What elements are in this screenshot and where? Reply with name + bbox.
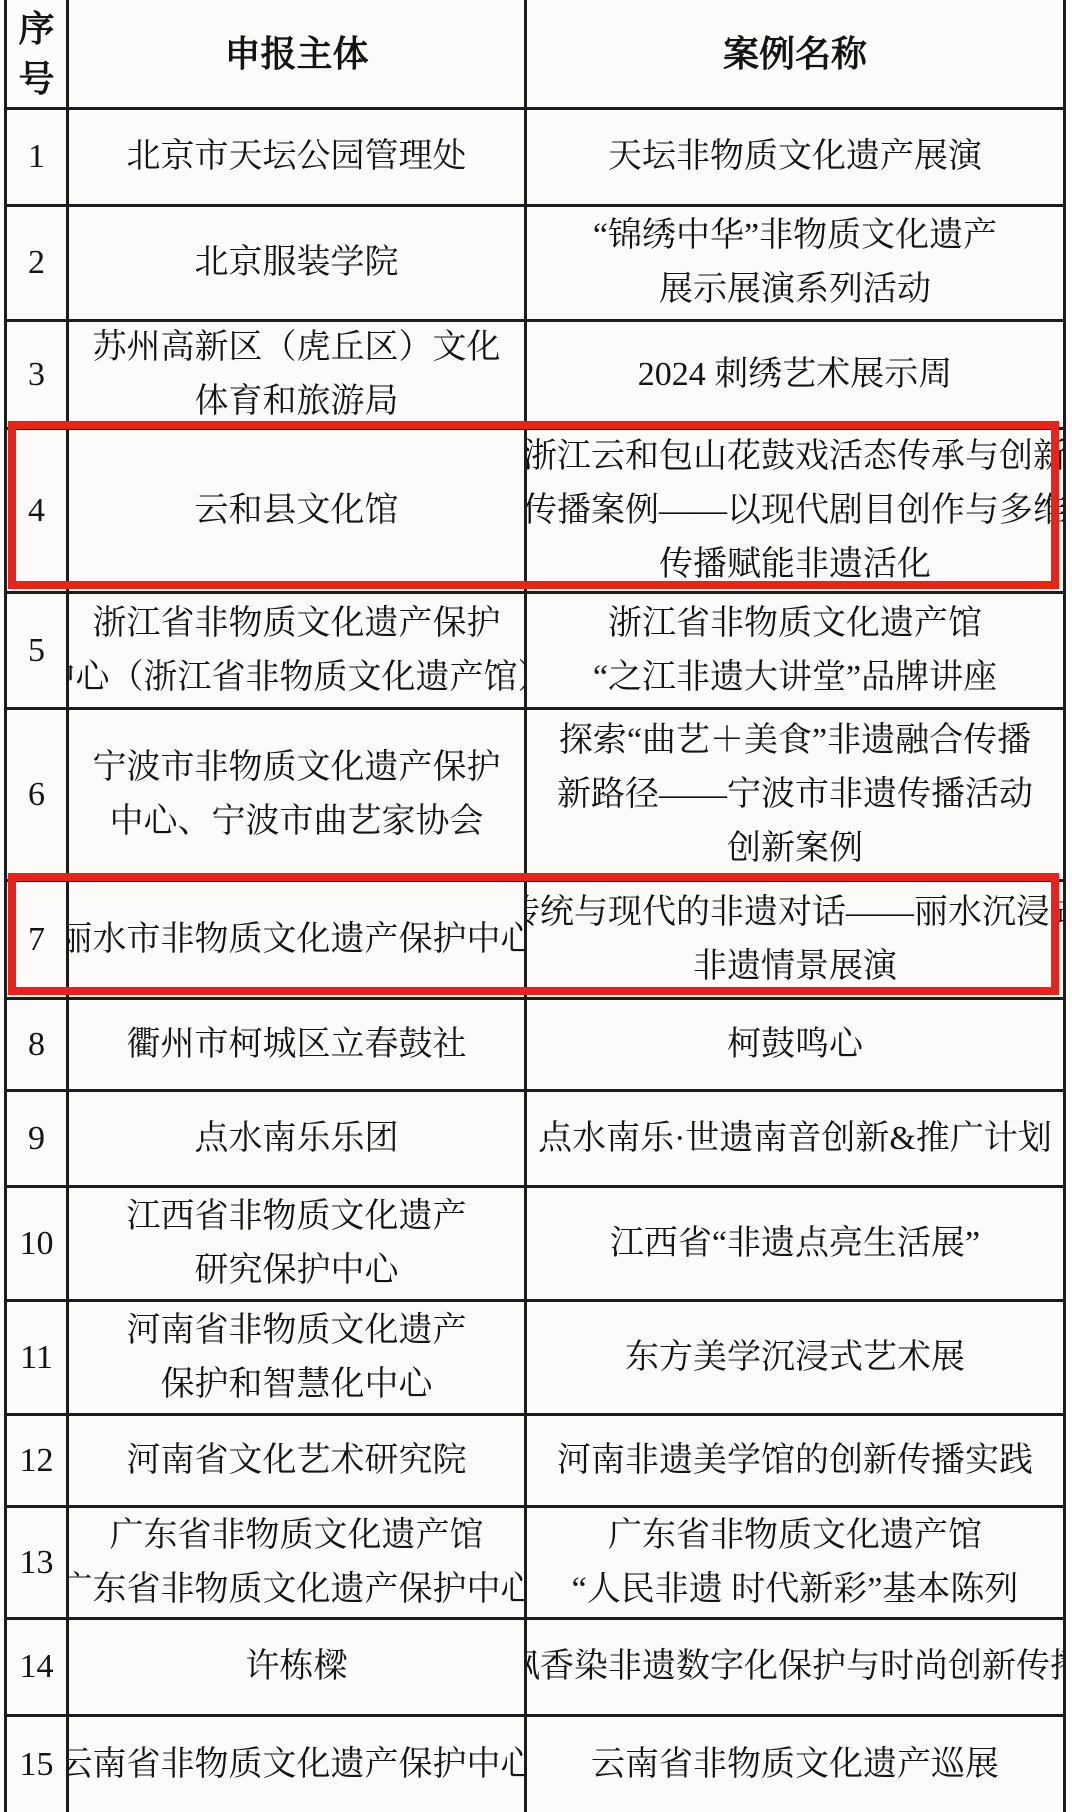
applicant-cell: 北京市天坛公园管理处 bbox=[69, 110, 527, 204]
case-name-cell: 浙江云和包山花鼓戏活态传承与创新传播案例——以现代剧目创作与多维传播赋能非遗活化 bbox=[527, 430, 1063, 591]
table-row: 5 浙江省非物质文化遗产保护中心（浙江省非物质文化遗产馆） 浙江省非物质文化遗产… bbox=[7, 594, 1063, 710]
applicant-cell: 宁波市非物质文化遗产保护中心、宁波市曲艺家协会 bbox=[69, 710, 527, 879]
applicant-line: 云和县文化馆 bbox=[195, 484, 399, 538]
applicant-line: 北京市天坛公园管理处 bbox=[127, 130, 467, 184]
row-serial-number: 15 bbox=[7, 1717, 69, 1812]
case-line: 2024 刺绣艺术展示周 bbox=[638, 348, 953, 402]
case-line: 柯鼓鸣心 bbox=[727, 1018, 863, 1072]
table-row: 11 河南省非物质文化遗产保护和智慧化中心 东方美学沉浸式艺术展 bbox=[7, 1302, 1063, 1416]
applicant-line: 保护和智慧化中心 bbox=[161, 1358, 433, 1412]
table-row: 7 丽水市非物质文化遗产保护中心 传统与现代的非遗对话——丽水沉浸式非遗情景展演 bbox=[7, 882, 1063, 1000]
table-header-row: 序号 申报主体 案例名称 bbox=[7, 0, 1063, 110]
applicant-line: 衢州市柯城区立春鼓社 bbox=[127, 1018, 467, 1072]
header-col-case-name: 案例名称 bbox=[527, 0, 1063, 107]
applicant-cell: 北京服装学院 bbox=[69, 207, 527, 319]
table-row: 4 云和县文化馆 浙江云和包山花鼓戏活态传承与创新传播案例——以现代剧目创作与多… bbox=[7, 430, 1063, 594]
applicant-cell: 河南省非物质文化遗产保护和智慧化中心 bbox=[69, 1302, 527, 1413]
applicant-line: 河南省文化艺术研究院 bbox=[127, 1434, 467, 1488]
applicant-line: 中心、宁波市曲艺家协会 bbox=[110, 795, 484, 849]
row-serial-number: 11 bbox=[7, 1302, 69, 1413]
case-name-cell: “锦绣中华”非物质文化遗产展示展演系列活动 bbox=[527, 207, 1063, 319]
applicant-line: 中心（浙江省非物质文化遗产馆） bbox=[69, 651, 527, 705]
case-name-cell: 点水南乐·世遗南音创新&推广计划 bbox=[527, 1092, 1063, 1185]
table-row: 14 许栋樑 枫香染非遗数字化保护与时尚创新传播 bbox=[7, 1620, 1063, 1717]
case-name-cell: 传统与现代的非遗对话——丽水沉浸式非遗情景展演 bbox=[527, 882, 1063, 997]
case-line: 天坛非物质文化遗产展演 bbox=[608, 130, 982, 184]
case-line: 传统与现代的非遗对话——丽水沉浸式 bbox=[527, 886, 1063, 940]
applicant-cell: 点水南乐乐团 bbox=[69, 1092, 527, 1185]
case-name-cell: 东方美学沉浸式艺术展 bbox=[527, 1302, 1063, 1413]
case-name-cell: 广东省非物质文化遗产馆“人民非遗 时代新彩”基本陈列 bbox=[527, 1508, 1063, 1617]
table-row: 10 江西省非物质文化遗产研究保护中心 江西省“非遗点亮生活展” bbox=[7, 1188, 1063, 1302]
table-row: 9 点水南乐乐团 点水南乐·世遗南音创新&推广计划 bbox=[7, 1092, 1063, 1188]
row-serial-number: 8 bbox=[7, 1000, 69, 1089]
case-line: 探索“曲艺＋美食”非遗融合传播 bbox=[559, 714, 1031, 768]
case-line: 新路径——宁波市非遗传播活动 bbox=[557, 768, 1033, 822]
applicant-line: 江西省非物质文化遗产 bbox=[127, 1190, 467, 1244]
applicant-cell: 云南省非物质文化遗产保护中心 bbox=[69, 1717, 527, 1812]
case-line: 东方美学沉浸式艺术展 bbox=[625, 1331, 965, 1385]
row-serial-number: 7 bbox=[7, 882, 69, 997]
row-serial-number: 14 bbox=[7, 1620, 69, 1714]
applicant-line: 许栋樑 bbox=[246, 1640, 348, 1694]
case-name-cell: 河南非遗美学馆的创新传播实践 bbox=[527, 1416, 1063, 1505]
row-serial-number: 1 bbox=[7, 110, 69, 204]
case-name-cell: 2024 刺绣艺术展示周 bbox=[527, 322, 1063, 427]
table-row: 1 北京市天坛公园管理处 天坛非物质文化遗产展演 bbox=[7, 110, 1063, 207]
table-row: 13 广东省非物质文化遗产馆（广东省非物质文化遗产保护中心） 广东省非物质文化遗… bbox=[7, 1508, 1063, 1620]
applicant-cell: 云和县文化馆 bbox=[69, 430, 527, 591]
applicant-cell: 许栋樑 bbox=[69, 1620, 527, 1714]
case-line: 浙江省非物质文化遗产馆 bbox=[608, 597, 982, 651]
table-row: 12 河南省文化艺术研究院 河南非遗美学馆的创新传播实践 bbox=[7, 1416, 1063, 1508]
applicant-cell: 浙江省非物质文化遗产保护中心（浙江省非物质文化遗产馆） bbox=[69, 594, 527, 707]
header-col-applicant: 申报主体 bbox=[69, 0, 527, 107]
applicant-cell: 江西省非物质文化遗产研究保护中心 bbox=[69, 1188, 527, 1299]
row-serial-number: 5 bbox=[7, 594, 69, 707]
case-name-cell: 浙江省非物质文化遗产馆“之江非遗大讲堂”品牌讲座 bbox=[527, 594, 1063, 707]
case-line: 云南省非物质文化遗产巡展 bbox=[591, 1738, 999, 1792]
case-line: 河南非遗美学馆的创新传播实践 bbox=[557, 1434, 1033, 1488]
table-row: 8 衢州市柯城区立春鼓社 柯鼓鸣心 bbox=[7, 1000, 1063, 1092]
table-row: 15 云南省非物质文化遗产保护中心 云南省非物质文化遗产巡展 bbox=[7, 1717, 1063, 1812]
table-row: 2 北京服装学院 “锦绣中华”非物质文化遗产展示展演系列活动 bbox=[7, 207, 1063, 322]
applicant-cell: 广东省非物质文化遗产馆（广东省非物质文化遗产保护中心） bbox=[69, 1508, 527, 1617]
case-line: 广东省非物质文化遗产馆 bbox=[608, 1509, 982, 1563]
case-line: “人民非遗 时代新彩”基本陈列 bbox=[572, 1563, 1019, 1617]
case-name-cell: 天坛非物质文化遗产展演 bbox=[527, 110, 1063, 204]
case-name-cell: 江西省“非遗点亮生活展” bbox=[527, 1188, 1063, 1299]
case-list-table: 序号 申报主体 案例名称 1 北京市天坛公园管理处 天坛非物质文化遗产展演 2 … bbox=[4, 0, 1066, 1812]
case-line: 江西省“非遗点亮生活展” bbox=[610, 1217, 980, 1271]
row-serial-number: 13 bbox=[7, 1508, 69, 1617]
applicant-line: 点水南乐乐团 bbox=[195, 1112, 399, 1166]
case-line: 创新案例 bbox=[727, 822, 863, 876]
applicant-line: （广东省非物质文化遗产保护中心） bbox=[69, 1563, 527, 1617]
applicant-cell: 丽水市非物质文化遗产保护中心 bbox=[69, 882, 527, 997]
case-name-cell: 云南省非物质文化遗产巡展 bbox=[527, 1717, 1063, 1812]
applicant-line: 体育和旅游局 bbox=[195, 375, 399, 428]
case-line: 非遗情景展演 bbox=[693, 940, 897, 994]
case-line: 传播案例——以现代剧目创作与多维 bbox=[527, 484, 1063, 538]
scanned-document-page: 序号 申报主体 案例名称 1 北京市天坛公园管理处 天坛非物质文化遗产展演 2 … bbox=[0, 0, 1072, 1812]
applicant-line: 苏州高新区（虎丘区）文化 bbox=[93, 322, 501, 375]
case-name-cell: 枫香染非遗数字化保护与时尚创新传播 bbox=[527, 1620, 1063, 1714]
case-line: 浙江云和包山花鼓戏活态传承与创新 bbox=[527, 430, 1063, 484]
row-serial-number: 3 bbox=[7, 322, 69, 427]
case-line: 枫香染非遗数字化保护与时尚创新传播 bbox=[527, 1640, 1063, 1694]
row-serial-number: 10 bbox=[7, 1188, 69, 1299]
applicant-cell: 河南省文化艺术研究院 bbox=[69, 1416, 527, 1505]
applicant-line: 北京服装学院 bbox=[195, 236, 399, 290]
applicant-line: 广东省非物质文化遗产馆 bbox=[110, 1509, 484, 1563]
case-line: 点水南乐·世遗南音创新&推广计划 bbox=[538, 1112, 1052, 1166]
row-serial-number: 12 bbox=[7, 1416, 69, 1505]
case-line: “锦绣中华”非物质文化遗产 bbox=[593, 209, 997, 263]
row-serial-number: 2 bbox=[7, 207, 69, 319]
case-name-cell: 探索“曲艺＋美食”非遗融合传播新路径——宁波市非遗传播活动创新案例 bbox=[527, 710, 1063, 879]
applicant-line: 宁波市非物质文化遗产保护 bbox=[93, 741, 501, 795]
applicant-line: 河南省非物质文化遗产 bbox=[127, 1304, 467, 1358]
case-line: 传播赋能非遗活化 bbox=[659, 538, 931, 592]
table-row: 3 苏州高新区（虎丘区）文化体育和旅游局 2024 刺绣艺术展示周 bbox=[7, 322, 1063, 430]
row-serial-number: 6 bbox=[7, 710, 69, 879]
case-name-cell: 柯鼓鸣心 bbox=[527, 1000, 1063, 1089]
applicant-cell: 衢州市柯城区立春鼓社 bbox=[69, 1000, 527, 1089]
applicant-line: 浙江省非物质文化遗产保护 bbox=[93, 597, 501, 651]
row-serial-number: 4 bbox=[7, 430, 69, 591]
header-col-serial-number: 序号 bbox=[7, 0, 69, 107]
case-line: 展示展演系列活动 bbox=[659, 263, 931, 317]
applicant-line: 云南省非物质文化遗产保护中心 bbox=[69, 1738, 527, 1792]
table-row: 6 宁波市非物质文化遗产保护中心、宁波市曲艺家协会 探索“曲艺＋美食”非遗融合传… bbox=[7, 710, 1063, 882]
applicant-cell: 苏州高新区（虎丘区）文化体育和旅游局 bbox=[69, 322, 527, 427]
row-serial-number: 9 bbox=[7, 1092, 69, 1185]
case-line: “之江非遗大讲堂”品牌讲座 bbox=[593, 651, 997, 705]
applicant-line: 研究保护中心 bbox=[195, 1244, 399, 1298]
applicant-line: 丽水市非物质文化遗产保护中心 bbox=[69, 913, 527, 967]
